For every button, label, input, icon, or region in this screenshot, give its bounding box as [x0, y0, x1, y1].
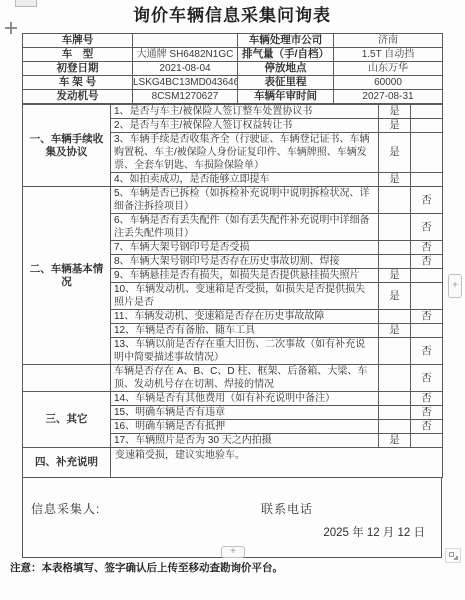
- table-row: 一、车辆手续收集及协议 1、是否与车主/被保险人签订整车处置协议书 是: [23, 105, 443, 119]
- answer-yes-cell: 是: [379, 105, 411, 119]
- insert-plus-right-button[interactable]: +: [448, 274, 462, 298]
- answer-no-cell: [411, 269, 443, 283]
- section-label-cell: 一、车辆手续收集及协议: [23, 105, 111, 187]
- answer-yes-cell: [379, 255, 411, 269]
- answer-no-cell: 否: [411, 392, 443, 406]
- supplement-cell: 变速箱受损，建议实地验车。: [111, 448, 443, 478]
- form-document: 询价车辆信息采集问询表 车牌号 车辆处理市公司 济南 车 型 大通牌 SH648…: [22, 4, 442, 558]
- answer-yes-cell: [379, 406, 411, 420]
- table-move-handle[interactable]: [4, 21, 18, 35]
- answer-yes-cell: 是: [379, 173, 411, 187]
- answer-no-cell: 否: [411, 241, 443, 255]
- question-cell: 17、车辆照片是否为 30 天之内拍摄: [111, 434, 379, 448]
- answer-yes-cell: 是: [379, 324, 411, 338]
- answer-yes-cell: [379, 392, 411, 406]
- parking-location-label: 停放地点: [238, 62, 334, 76]
- collector-label: 信息采集人:: [31, 500, 100, 517]
- table-row: 初登日期 2021-08-04 停放地点 山东万华: [23, 62, 443, 76]
- table-row: 车辆是否存在 A、B、C、D 柱、框架、后备箱、大梁、车顶、发动机号存在切割、焊…: [23, 365, 443, 392]
- inspection-date-label: 车辆年审时间: [238, 90, 334, 104]
- first-reg-date-label: 初登日期: [23, 62, 133, 76]
- section-label-cell: 四、补充说明: [23, 448, 111, 478]
- answer-yes-cell: [379, 214, 411, 241]
- question-cell: 11、车辆发动机、变速箱是否存在历史事故故障: [111, 310, 379, 324]
- table-row: 四、补充说明 变速箱受损，建议实地验车。: [23, 448, 443, 478]
- table-row: 车牌号 车辆处理市公司 济南: [23, 34, 443, 48]
- answer-no-cell: 否: [411, 255, 443, 269]
- engine-number-value: 8CSM1270627: [133, 90, 238, 104]
- answer-no-cell: [411, 133, 443, 173]
- document-page: 询价车辆信息采集问询表 车牌号 车辆处理市公司 济南 车 型 大通牌 SH648…: [0, 0, 465, 600]
- section-label-cell: [23, 365, 111, 392]
- answer-no-cell: 否: [411, 365, 443, 392]
- question-cell: 16、明确车辆是否有抵押: [111, 420, 379, 434]
- displacement-label: 排气量（手/自档）: [238, 48, 334, 62]
- answer-no-cell: 否: [411, 338, 443, 365]
- vin-value: LSKG4BC13MD043646: [133, 76, 238, 90]
- table-row: 车 型 大通牌 SH6482N1GC 排气量（手/自档） 1.5T 自动挡: [23, 48, 443, 62]
- mileage-value: 60000: [334, 76, 443, 90]
- answer-yes-cell: [379, 187, 411, 214]
- answer-yes-cell: [379, 241, 411, 255]
- answer-no-cell: [411, 105, 443, 119]
- answer-no-cell: [411, 324, 443, 338]
- inspection-date-value: 2027-08-31: [334, 90, 443, 104]
- answer-yes-cell: [379, 310, 411, 324]
- answer-yes-cell: 是: [379, 133, 411, 173]
- answer-yes-cell: 是: [379, 434, 411, 448]
- table-row: 三、其它 14、车辆是否有其他费用（如有补充说明中备注） 否: [23, 392, 443, 406]
- date-text: 2025 年 12 月 12 日: [323, 524, 425, 540]
- first-reg-date-value: 2021-08-04: [133, 62, 238, 76]
- question-cell: 车辆是否存在 A、B、C、D 柱、框架、后备箱、大梁、车顶、发动机号存在切割、焊…: [111, 365, 379, 392]
- answer-no-cell: [411, 119, 443, 133]
- mileage-label: 表征里程: [238, 76, 334, 90]
- answer-yes-cell: 是: [379, 119, 411, 133]
- question-cell: 14、车辆是否有其他费用（如有补充说明中备注）: [111, 392, 379, 406]
- phone-label: 联系电话: [261, 500, 313, 517]
- answer-yes-cell: [379, 338, 411, 365]
- answer-no-cell: 否: [411, 310, 443, 324]
- answer-no-cell: 否: [411, 187, 443, 214]
- insert-plus-bottom-button[interactable]: +: [221, 546, 245, 558]
- question-cell: 2、是否与车主/被保险人签订权益转让书: [111, 119, 379, 133]
- answer-yes-cell: 是: [379, 283, 411, 310]
- plate-number-value: [133, 34, 238, 48]
- question-cell: 5、车辆是否已拆检（如拆检补充说明中说明拆检状况、详细备注拆捡项目）: [111, 187, 379, 214]
- question-cell: 7、车辆大架号钢印号是否受损: [111, 241, 379, 255]
- table-row: 车 架 号 LSKG4BC13MD043646 表征里程 60000: [23, 76, 443, 90]
- plate-number-label: 车牌号: [23, 34, 133, 48]
- answer-no-cell: [411, 173, 443, 187]
- question-cell: 13、车辆以前是否存在重大旧伤、二次事故（如有补充说明中简要描述事故情况）: [111, 338, 379, 365]
- question-cell: 9、车辆悬挂是否有损失，如损失是否提供悬挂损失照片: [111, 269, 379, 283]
- displacement-value: 1.5T 自动挡: [334, 48, 443, 62]
- handling-company-label: 车辆处理市公司: [238, 34, 334, 48]
- table-row: 发动机号 8CSM1270627 车辆年审时间 2027-08-31: [23, 90, 443, 104]
- question-cell: 12、车辆是否有备胎、随车工具: [111, 324, 379, 338]
- table-row: 二、车辆基本情况 5、车辆是否已拆检（如拆检补充说明中说明拆检状况、详细备注拆捡…: [23, 187, 443, 214]
- questionnaire-table: 一、车辆手续收集及协议 1、是否与车主/被保险人签订整车处置协议书 是 2、是否…: [22, 104, 443, 478]
- answer-no-cell: 否: [411, 420, 443, 434]
- question-cell: 1、是否与车主/被保险人签订整车处置协议书: [111, 105, 379, 119]
- question-cell: 6、车辆是否有丢失配件（如有丢失配件补充说明中详细备注丢失配件项目）: [111, 214, 379, 241]
- answer-yes-cell: [379, 365, 411, 392]
- question-cell: 10、车辆发动机、变速箱是否受损，如损失是否提供损失照片是否: [111, 283, 379, 310]
- parking-location-value: 山东万华: [334, 62, 443, 76]
- notice-text: 注意：本表格填写、签字确认后上传至移动查勘询价平台。: [10, 560, 460, 575]
- resize-arrow-icon: [454, 556, 458, 560]
- page-title: 询价车辆信息采集问询表: [22, 4, 442, 28]
- question-cell: 8、车辆大架号钢印号是否存在历史事故切割、焊接: [111, 255, 379, 269]
- engine-number-label: 发动机号: [23, 90, 133, 104]
- answer-no-cell: 否: [411, 406, 443, 420]
- answer-yes-cell: 是: [379, 269, 411, 283]
- vin-label: 车 架 号: [23, 76, 133, 90]
- handling-company-value: 济南: [334, 34, 443, 48]
- section-label-cell: 三、其它: [23, 392, 111, 448]
- answer-no-cell: [411, 434, 443, 448]
- question-cell: 3、车辆手续是否收集齐全（行驶证、车辆登记证书、车辆购置税、车主/被保险人身份证…: [111, 133, 379, 173]
- vehicle-info-table: 车牌号 车辆处理市公司 济南 车 型 大通牌 SH6482N1GC 排气量（手/…: [22, 33, 443, 104]
- model-label: 车 型: [23, 48, 133, 62]
- answer-yes-cell: [379, 420, 411, 434]
- answer-no-cell: 否: [411, 214, 443, 241]
- answer-no-cell: [411, 283, 443, 310]
- section-label-cell: 二、车辆基本情况: [23, 187, 111, 365]
- question-cell: 4、如拍卖成功，是否能够立即提车: [111, 173, 379, 187]
- question-cell: 15、明确车辆是否有违章: [111, 406, 379, 420]
- move-cross-icon: [10, 22, 12, 34]
- model-value: 大通牌 SH6482N1GC: [133, 48, 238, 62]
- table-resize-handle[interactable]: [445, 548, 461, 563]
